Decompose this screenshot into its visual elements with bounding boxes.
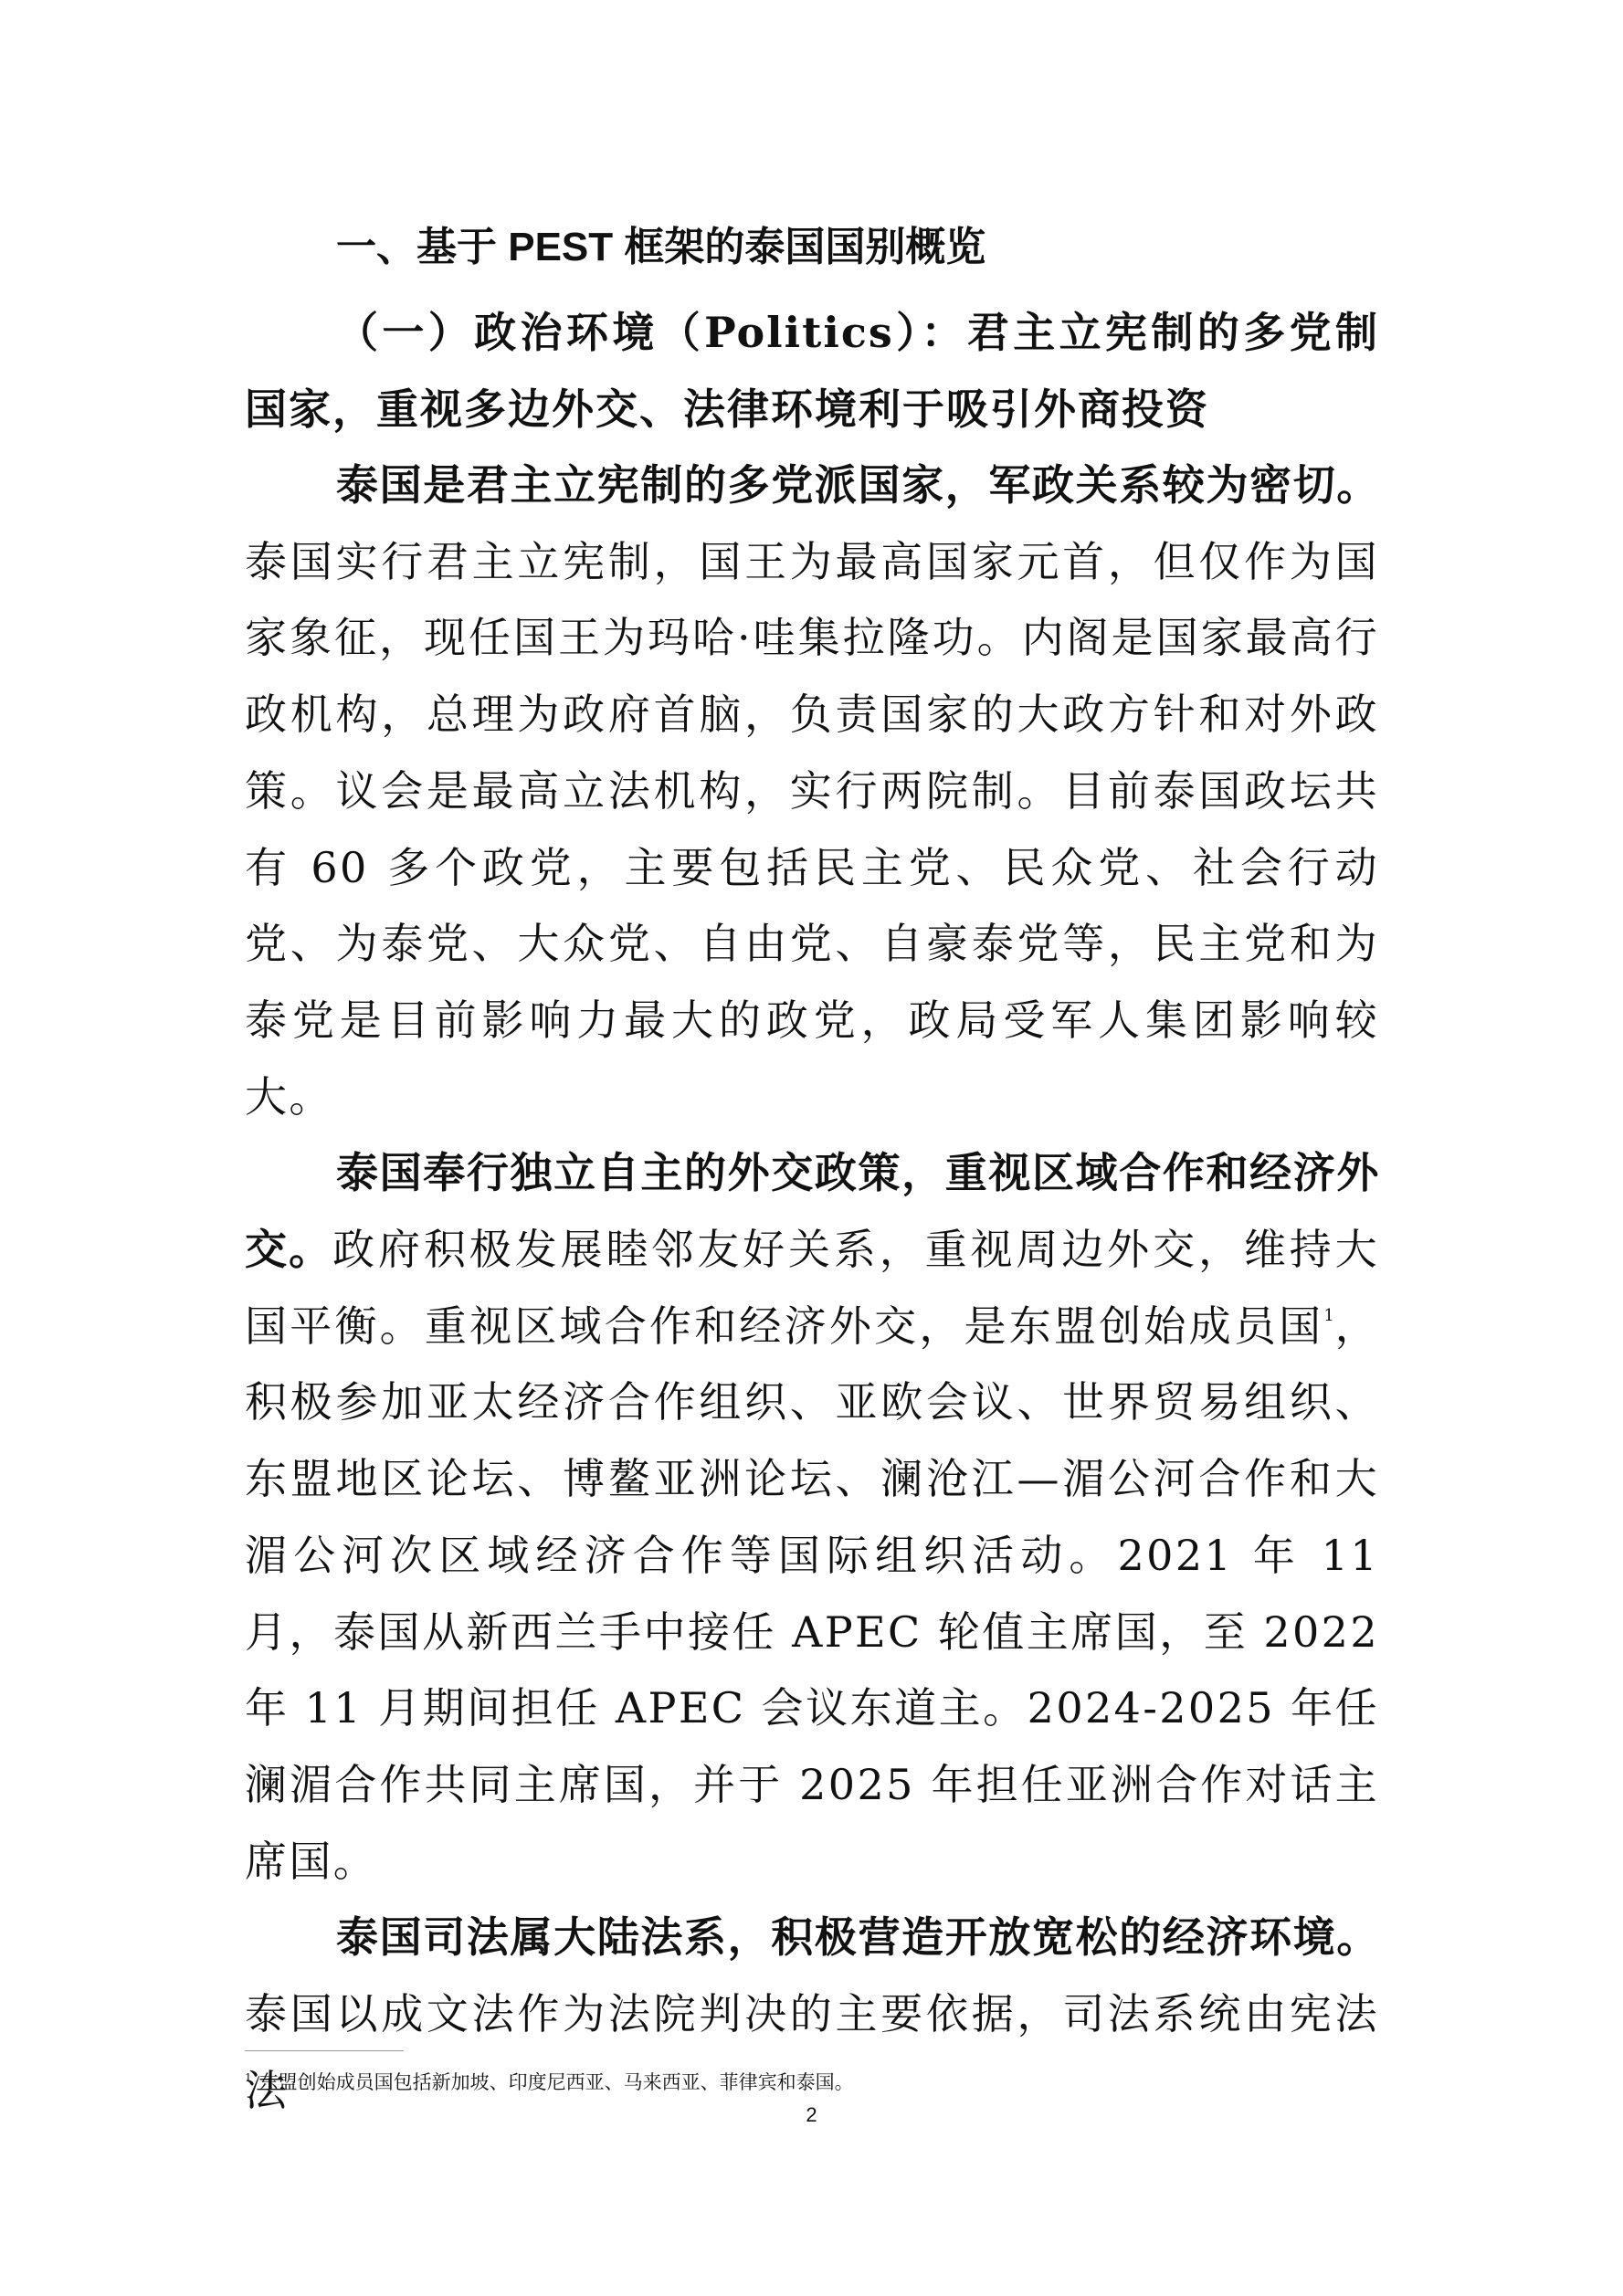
footnote-marker: 1 (245, 2071, 252, 2084)
document-page: 一、基于 PEST 框架的泰国国别概览 （一）政治环境（Politics）：君主… (0, 0, 1623, 2296)
subsection-heading: （一）政治环境（Politics）：君主立宪制的多党制国家，重视多边外交、法律环… (245, 294, 1379, 448)
page-number: 2 (0, 2103, 1623, 2127)
section-heading: 一、基于 PEST 框架的泰国国别概览 (245, 216, 1379, 279)
paragraph-diplomacy: 泰国奉行独立自主的外交政策，重视区域合作和经济外交。政府积极发展睦邻友好关系，重… (245, 1135, 1379, 1900)
paragraph-body: 泰国以成文法作为法院判决的主要依据，司法系统由宪法法 (245, 1989, 1379, 2115)
footnote-divider (245, 2050, 404, 2051)
page-body: 一、基于 PEST 框架的泰国国别概览 （一）政治环境（Politics）：君主… (245, 216, 1379, 2129)
paragraph-lead: 泰国是君主立宪制的多党派国家，军政关系较为密切。 (336, 461, 1379, 509)
footnote: 1东盟创始成员国包括新加坡、印度尼西亚、马来西亚、菲律宾和泰国。 (245, 2064, 1379, 2096)
paragraph-body: 泰国实行君主立宪制，国王为最高国家元首，但仅作为国家象征，现任国王为玛哈·哇集拉… (245, 537, 1379, 1122)
paragraph-body: 政府积极发展睦邻友好关系，重视周边外交，维持大国平衡。重视区域合作和经济外交，是… (245, 1225, 1379, 1351)
paragraph-lead: 泰国司法属大陆法系，积极营造开放宽松的经济环境。 (336, 1913, 1379, 1961)
paragraph-politics: 泰国是君主立宪制的多党派国家，军政关系较为密切。泰国实行君主立宪制，国王为最高国… (245, 448, 1379, 1135)
paragraph-body-continued: ，积极参加亚太经济合作组织、亚欧会议、世界贸易组织、东盟地区论坛、博鳌亚洲论坛、… (245, 1301, 1379, 1886)
footnote-text: 东盟创始成员国包括新加坡、印度尼西亚、马来西亚、菲律宾和泰国。 (259, 2071, 854, 2093)
footnote-reference[interactable]: 1 (1323, 1306, 1333, 1325)
